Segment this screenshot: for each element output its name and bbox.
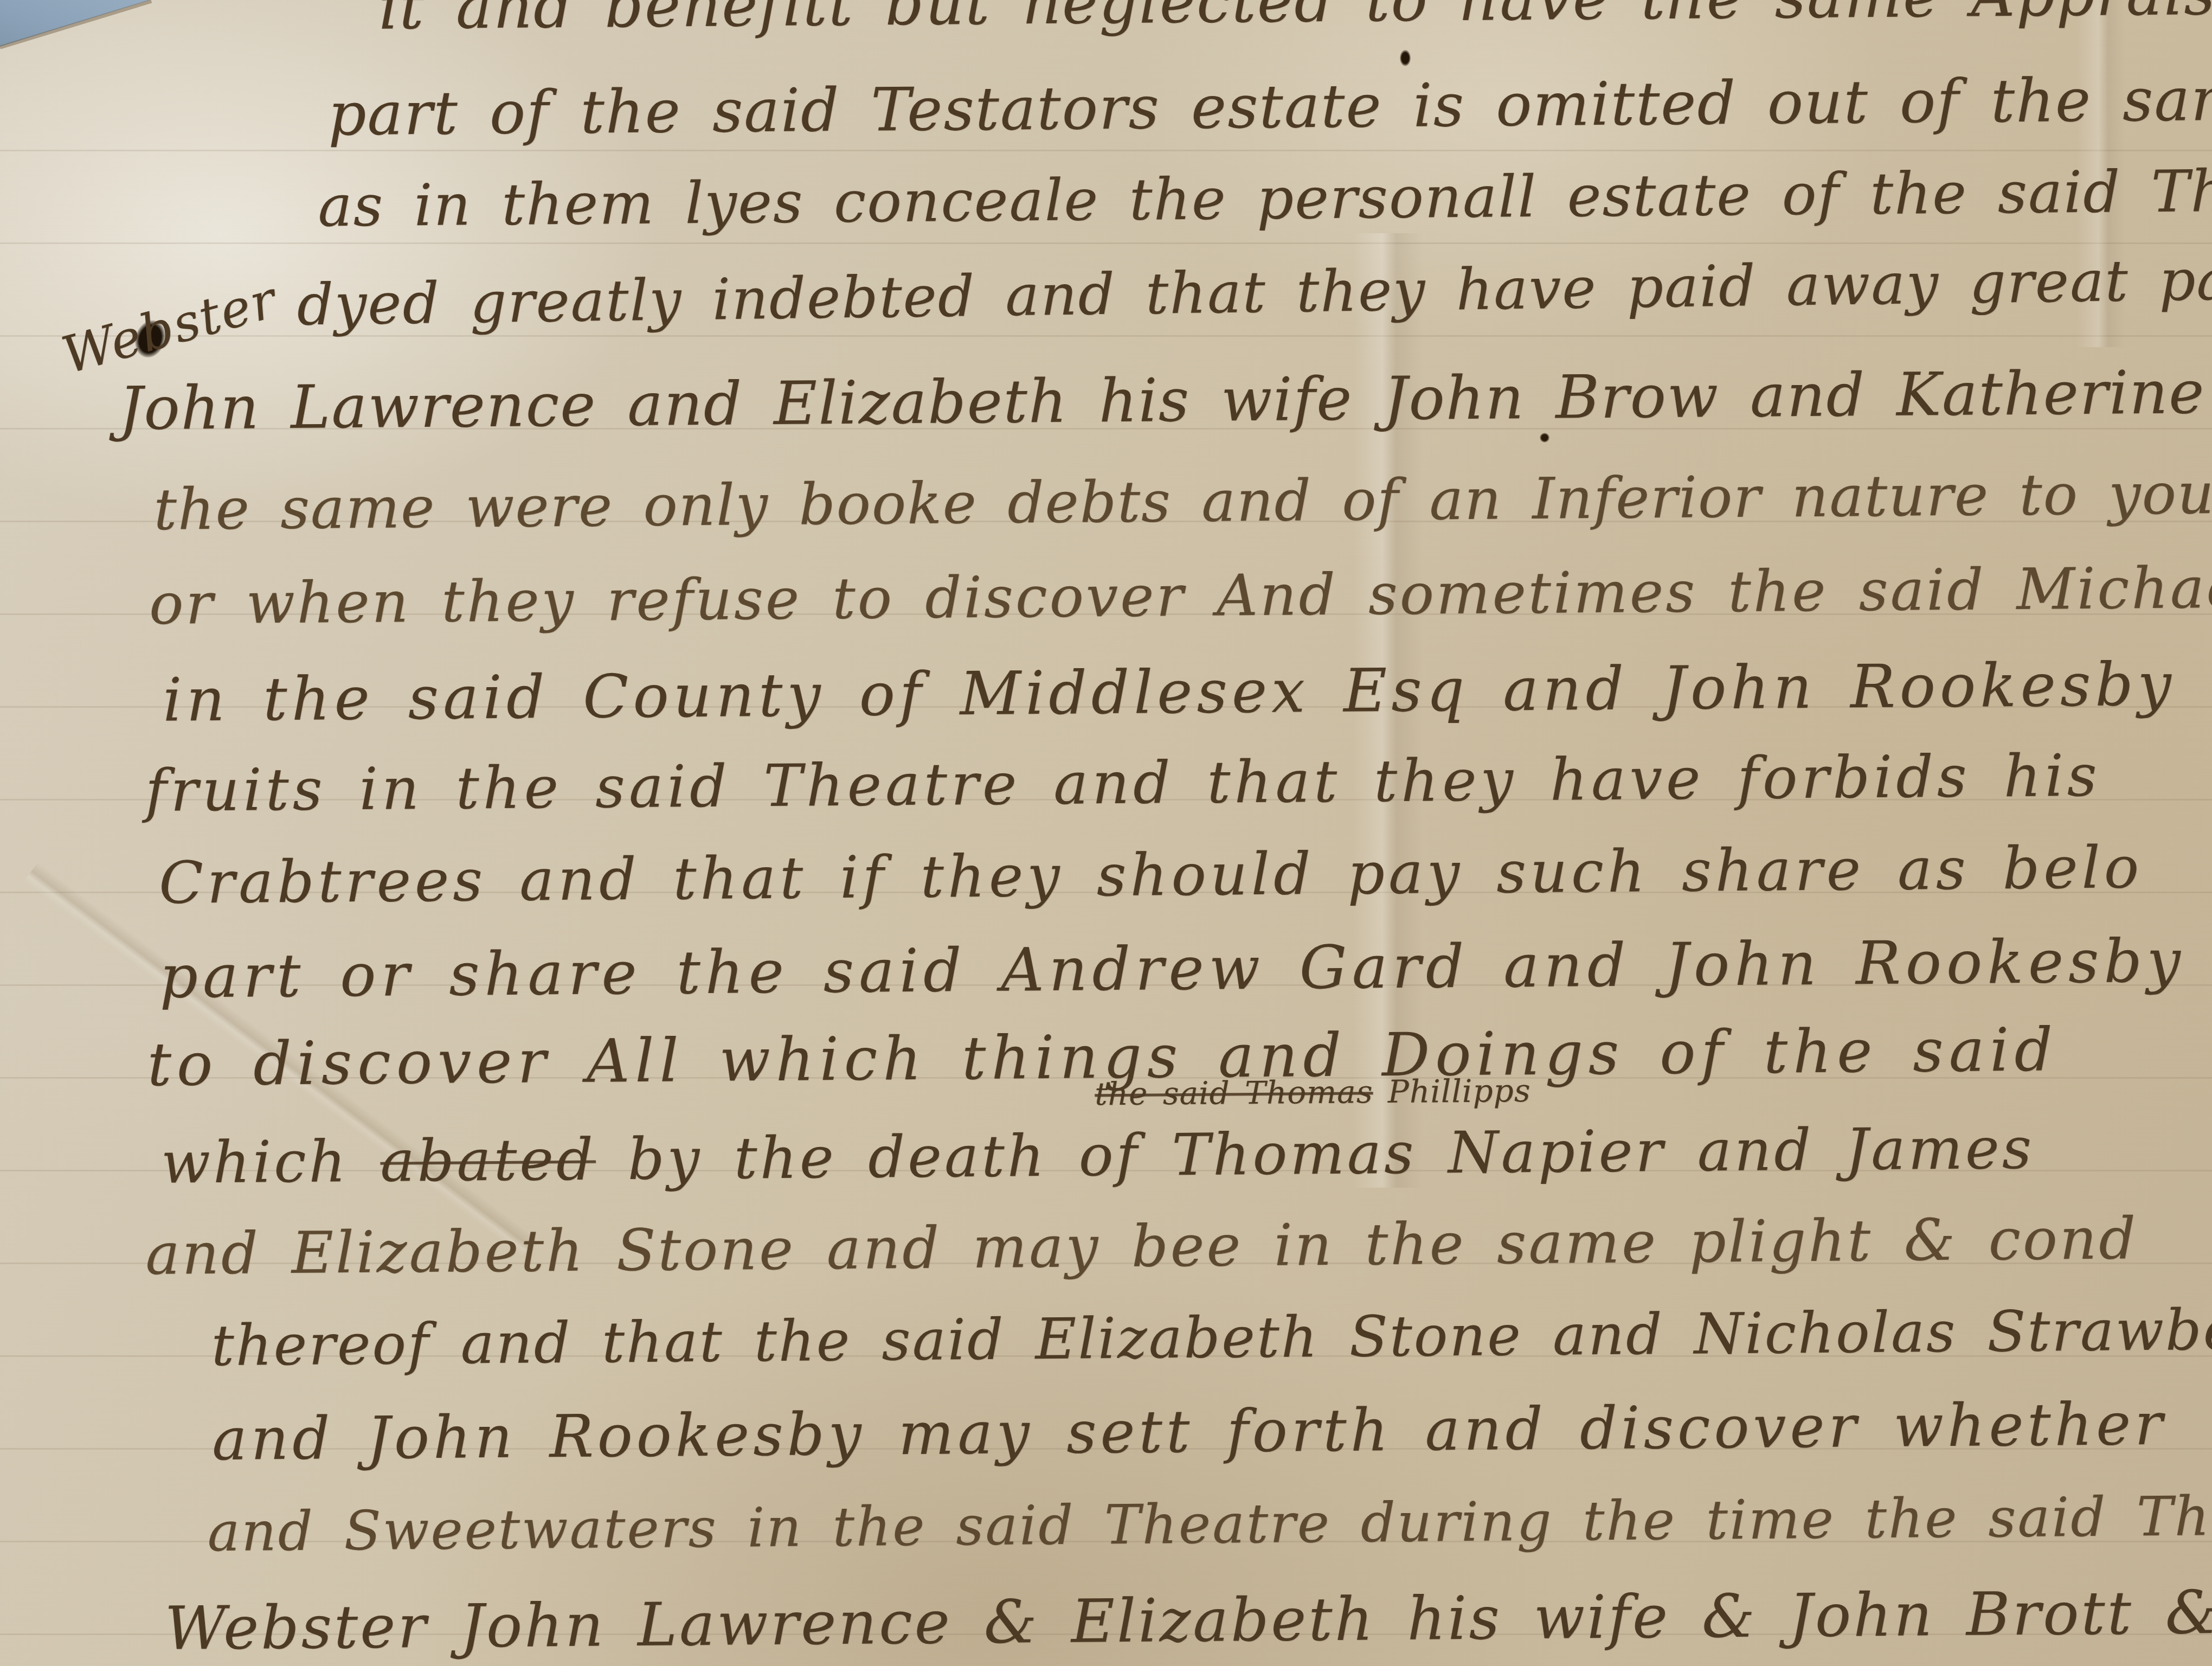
line-13-segment-post: by the death of Thomas Napier and James [595,1115,2034,1193]
interlinear-insertion: the said Thomas Phillipps [1095,1072,1531,1112]
manuscript-line-2: part of the said Testators estate is omi… [328,63,2212,149]
manuscript-line-8: in the said County of Middlesex Esq and … [163,650,2176,735]
handwriting-layer: it and benefitt but neglected to have th… [0,0,2212,1666]
manuscript-line-5: John Lawrence and Elizabeth his wife Joh… [119,357,2205,443]
manuscript-line-10: Crabtrees and that if they should pay su… [159,834,2143,917]
manuscript-line-18: Webster John Lawrence & Elizabeth his wi… [165,1577,2212,1663]
manuscript-line-1: it and benefitt but neglected to have th… [378,0,2212,43]
manuscript-line-7: or when they refuse to discover And some… [149,554,2212,637]
manuscript-photo: it and benefitt but neglected to have th… [0,0,2212,1666]
manuscript-line-9: fruits in the said Theatre and that they… [145,742,2101,825]
manuscript-line-11: part or share the said Andrew Gard and J… [159,926,2185,1011]
interlinear-struck-text: the said Thomas [1095,1073,1373,1112]
manuscript-line-15: thereof and that the said Elizabeth Ston… [211,1296,2212,1379]
margin-note-webster: Webster [56,270,284,386]
manuscript-line-3: as in them lyes conceale the personall e… [318,156,2212,240]
manuscript-line-16: and John Rookesby may sett forth and dis… [212,1391,2166,1473]
manuscript-line-6: the same were only booke debts and of an… [153,460,2212,543]
manuscript-line-4: dyed greatly indebted and that they have… [297,244,2212,338]
manuscript-line-14: and Elizabeth Stone and may bee in the s… [145,1205,2138,1287]
line-13-segment-pre: which [161,1128,381,1196]
manuscript-line-17: and Sweetwaters in the said Theatre duri… [207,1484,2212,1564]
interlinear-inserted-text: Phillipps [1388,1072,1531,1110]
manuscript-line-13: which abated by the death of Thomas Napi… [161,1115,2035,1196]
line-13-struck-word: abated [380,1126,596,1195]
